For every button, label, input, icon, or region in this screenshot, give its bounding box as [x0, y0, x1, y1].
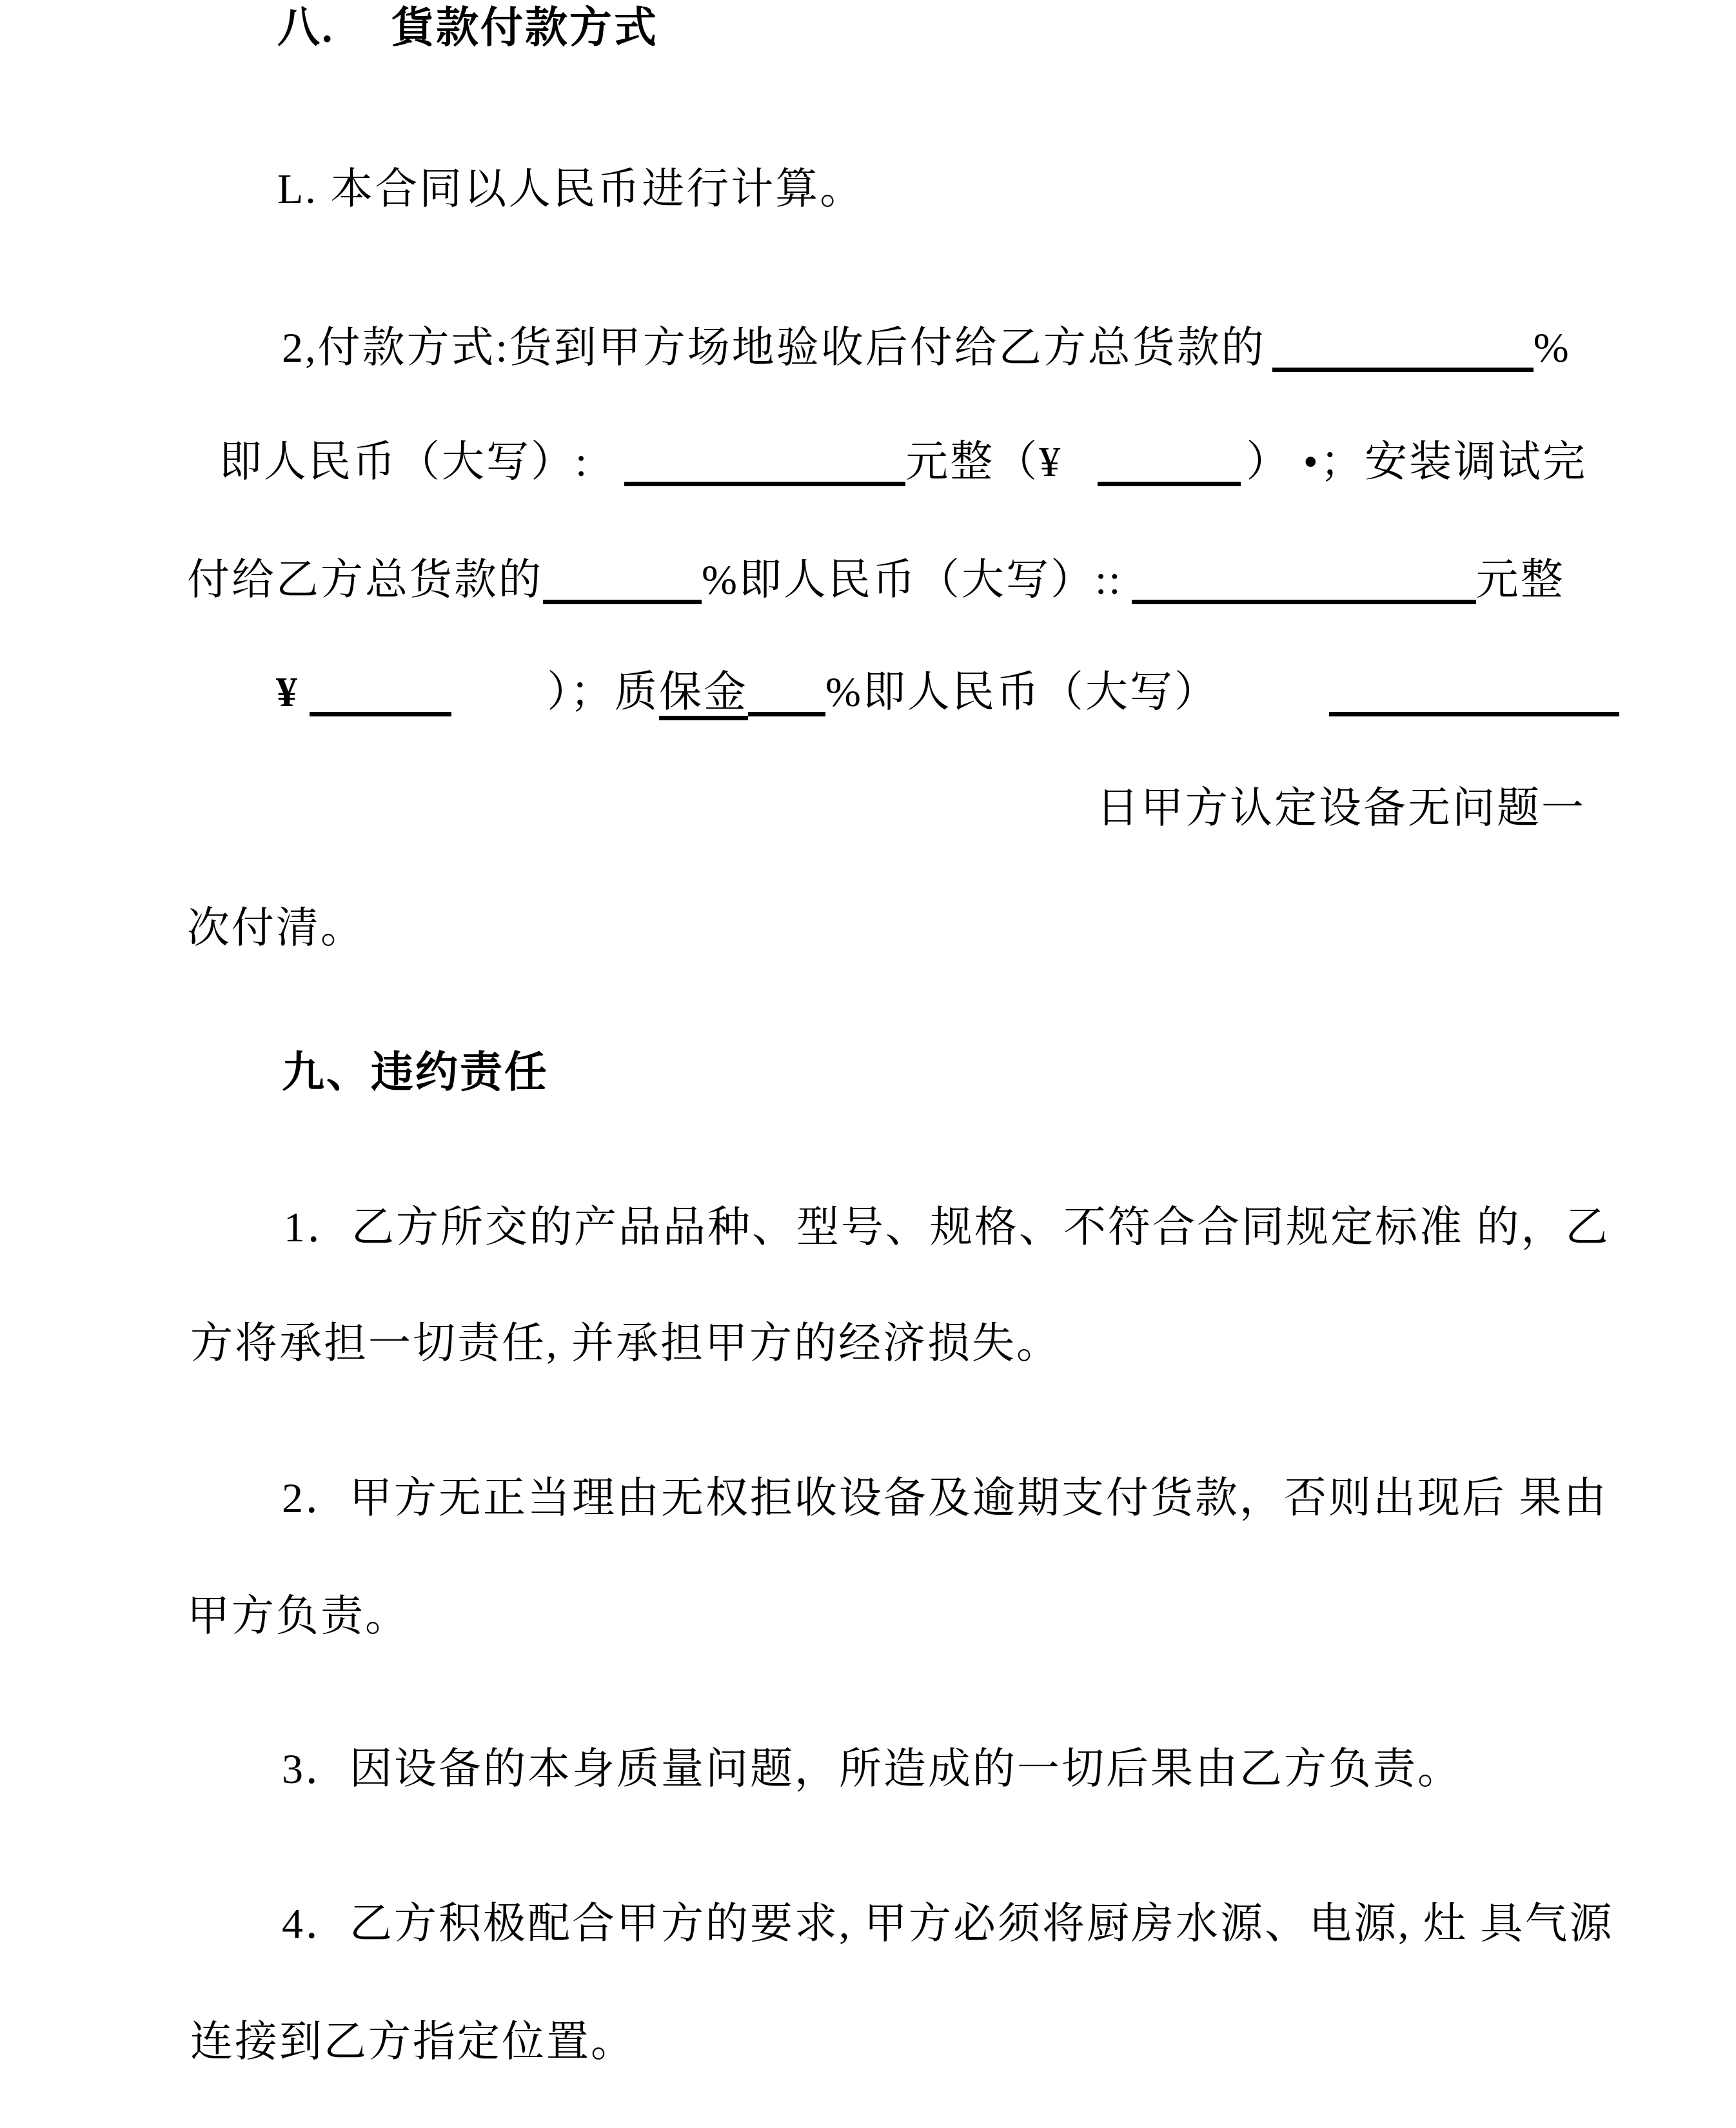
clause-9-2-line-1: 2．甲方无正当理由无权拒收设备及逾期支付货款，否则出现后 果由 — [282, 1472, 1608, 1526]
clause-text: 4．乙方积极配合甲方的要求, 甲方必须将厨房水源、电源, 灶 具气源 — [282, 1900, 1614, 1947]
clause-8-2-line-1: 2,付款方式:货到甲方场地验收后付给乙方总货款的% — [282, 321, 1571, 375]
blank-underline — [1098, 453, 1241, 486]
clause-9-1-line-1: 1．乙方所交的产品品种、型号、规格、不符合合同规定标准 的，乙 — [284, 1201, 1610, 1255]
clause-8-2-line-6: 次付清。 — [187, 901, 365, 956]
clause-text: 次付清。 — [187, 905, 365, 952]
clause-text: 元整 — [1476, 557, 1565, 604]
yen-sign: ¥ — [276, 669, 299, 716]
clause-text: 3．因设备的本身质量问题，所造成的一切后果由乙方负责。 — [282, 1746, 1462, 1793]
clause-8-2-line-4: ¥）；质保金%即人民币（大写） — [276, 665, 1619, 720]
clause-8-2-line-5: 日甲方认定设备无问题一 — [1096, 782, 1586, 836]
blank-underline — [748, 684, 825, 716]
clause-text: %即人民币（大写）:: — [702, 557, 1123, 604]
heading-text: 八. 貨款付款方式 — [277, 5, 658, 52]
blank-underline — [1132, 571, 1476, 604]
clause-text: ） •；安装调试完 — [1246, 438, 1587, 486]
clause-9-4-line-1: 4．乙方积极配合甲方的要求, 甲方必须将厨房水源、电源, 灶 具气源 — [282, 1897, 1614, 1951]
clause-9-3: 3．因设备的本身质量问题，所造成的一切后果由乙方负责。 — [282, 1742, 1462, 1797]
percent-sign: % — [1534, 324, 1571, 371]
clause-text: 连接到乙方指定位置。 — [190, 2018, 635, 2065]
clause-text: 甲方负责。 — [187, 1593, 409, 1640]
blank-underline — [1329, 684, 1619, 716]
clause-text: ）；质 — [547, 669, 659, 716]
blank-underline — [1272, 339, 1534, 372]
clause-text: 1．乙方所交的产品品种、型号、规格、不符合合同规定标准 的，乙 — [284, 1204, 1610, 1251]
underlined-text: 保金 — [659, 669, 748, 720]
clause-text: %即人民币（大写） — [825, 669, 1219, 716]
clause-8-1: L. 本合同以人民币进行计算。 — [277, 163, 864, 217]
clause-text: 方将承担一切责任, 并承担甲方的经济损失。 — [190, 1320, 1061, 1367]
clause-9-1-line-2: 方将承担一切责任, 并承担甲方的经济损失。 — [190, 1317, 1061, 1371]
clause-text: 2．甲方无正当理由无权拒收设备及逾期支付货款，否则出现后 果由 — [282, 1475, 1608, 1522]
blank-underline — [543, 571, 702, 604]
clause-text: 日甲方认定设备无问题一 — [1096, 785, 1586, 832]
clause-text: 元整（¥ — [905, 438, 1062, 486]
heading-text: 九、违约责任 — [282, 1049, 549, 1096]
section-8-heading: 八. 貨款付款方式 — [277, 1, 658, 55]
clause-9-2-line-2: 甲方负责。 — [187, 1590, 409, 1644]
contract-document-page: 八. 貨款付款方式 L. 本合同以人民币进行计算。 2,付款方式:货到甲方场地验… — [0, 0, 1736, 2128]
clause-text: 即人民币（大写）: — [219, 438, 589, 486]
blank-underline — [624, 453, 905, 486]
clause-8-2-line-2: 即人民币（大写）:元整（¥） •；安装调试完 — [219, 435, 1587, 489]
section-9-heading: 九、违约责任 — [282, 1046, 549, 1100]
clause-text: L. 本合同以人民币进行计算。 — [277, 166, 864, 213]
clause-text: 2,付款方式:货到甲方场地验收后付给乙方总货款的 — [282, 324, 1266, 371]
clause-text: 付给乙方总货款的 — [187, 557, 543, 604]
clause-8-2-line-3: 付给乙方总货款的%即人民币（大写）::元整 — [187, 553, 1565, 607]
clause-9-4-line-2: 连接到乙方指定位置。 — [190, 2015, 635, 2069]
blank-underline — [310, 684, 451, 716]
